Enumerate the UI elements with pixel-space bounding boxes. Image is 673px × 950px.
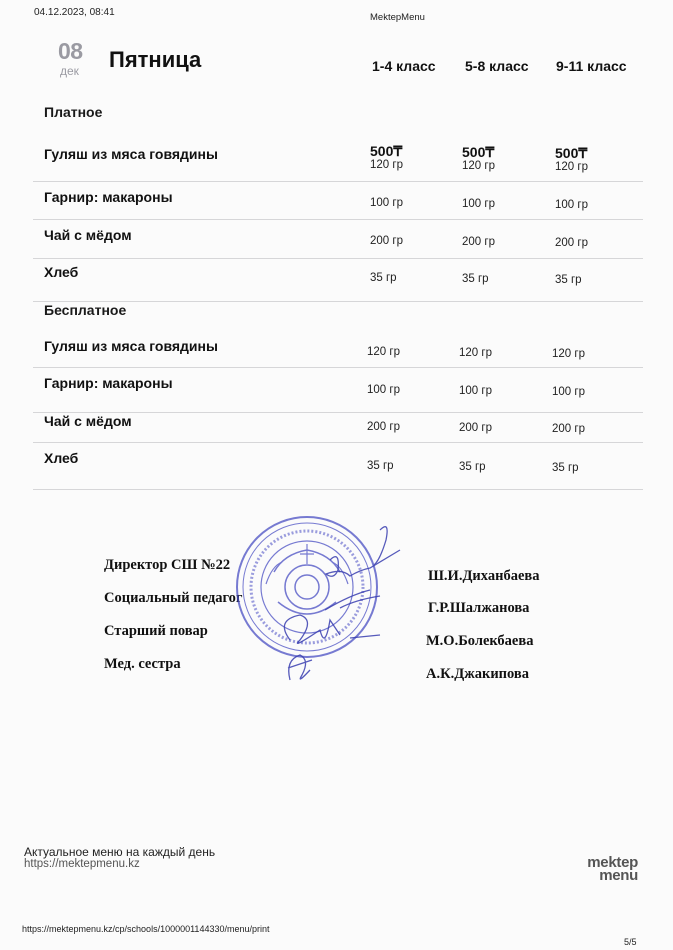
- section-title: Бесплатное: [44, 302, 126, 318]
- weight: 35 гр: [552, 462, 579, 474]
- day-month: дек: [60, 64, 79, 78]
- weight: 200 гр: [552, 423, 585, 435]
- weight: 120 гр: [367, 346, 400, 358]
- portion-cell: 120 гр: [459, 347, 492, 359]
- dish-name: Гарнир: макароны: [44, 189, 173, 205]
- portion-cell: 35 гр: [462, 273, 489, 285]
- portion-cell: 120 гр: [552, 348, 585, 360]
- portion-cell: 120 гр: [367, 346, 400, 358]
- signature-role: Директор СШ №22: [104, 557, 230, 574]
- weight: 100 гр: [462, 198, 495, 210]
- weight: 200 гр: [367, 421, 400, 433]
- portion-cell: 100 гр: [370, 197, 403, 209]
- signature-name: Ш.И.Диханбаева: [428, 568, 539, 585]
- signature-name: М.О.Болекбаева: [426, 633, 533, 650]
- print-page-url: https://mektepmenu.kz/cp/schools/1000001…: [22, 924, 270, 934]
- column-header-5-8: 5-8 класс: [465, 58, 529, 74]
- portion-cell: 200 гр: [370, 235, 403, 247]
- weight: 35 гр: [367, 460, 394, 472]
- portion-cell: 200 гр: [367, 421, 400, 433]
- row-divider: [33, 489, 643, 490]
- dish-name: Гуляш из мяса говядины: [44, 146, 218, 162]
- portion-cell: 100 гр: [552, 386, 585, 398]
- print-datetime: 04.12.2023, 08:41: [34, 7, 115, 18]
- portion-cell: 100 гр: [367, 384, 400, 396]
- weight: 120 гр: [462, 160, 495, 172]
- weight: 200 гр: [459, 422, 492, 434]
- portion-cell: 100 гр: [459, 385, 492, 397]
- weight: 120 гр: [552, 348, 585, 360]
- portion-cell: 500₸120 гр: [370, 144, 403, 171]
- portion-cell: 35 гр: [370, 272, 397, 284]
- dish-name: Чай с мёдом: [44, 413, 132, 429]
- weight: 35 гр: [370, 272, 397, 284]
- row-divider: [33, 367, 643, 368]
- portion-cell: 35 гр: [555, 274, 582, 286]
- price: 500₸: [555, 146, 588, 161]
- dish-name: Хлеб: [44, 264, 78, 280]
- weight: 200 гр: [555, 237, 588, 249]
- dish-name: Гуляш из мяса говядины: [44, 338, 218, 354]
- section-title: Платное: [44, 104, 102, 120]
- signature-name: А.К.Джакипова: [426, 666, 529, 683]
- weight: 120 гр: [555, 161, 588, 173]
- dish-name: Чай с мёдом: [44, 227, 132, 243]
- signature-role: Мед. сестра: [104, 656, 181, 673]
- price: 500₸: [370, 144, 403, 159]
- portion-cell: 200 гр: [555, 237, 588, 249]
- row-divider: [33, 219, 643, 220]
- row-divider: [33, 442, 643, 443]
- weight: 100 гр: [459, 385, 492, 397]
- dish-name: Гарнир: макароны: [44, 375, 173, 391]
- portion-cell: 500₸120 гр: [555, 146, 588, 173]
- signature-role: Старший повар: [104, 623, 208, 640]
- weight: 35 гр: [462, 273, 489, 285]
- portion-cell: 100 гр: [555, 199, 588, 211]
- portion-cell: 200 гр: [552, 423, 585, 435]
- portion-cell: 200 гр: [459, 422, 492, 434]
- row-divider: [33, 258, 643, 259]
- column-header-1-4: 1-4 класс: [372, 58, 436, 74]
- weight: 200 гр: [370, 235, 403, 247]
- weight: 100 гр: [555, 199, 588, 211]
- handwritten-signatures-icon: [230, 510, 410, 690]
- portion-cell: 200 гр: [462, 236, 495, 248]
- weight: 120 гр: [459, 347, 492, 359]
- footer-tagline: Актуальное меню на каждый день: [24, 845, 215, 859]
- weight: 200 гр: [462, 236, 495, 248]
- portion-cell: 100 гр: [462, 198, 495, 210]
- portion-cell: 35 гр: [367, 460, 394, 472]
- portion-cell: 35 гр: [459, 461, 486, 473]
- weight: 100 гр: [370, 197, 403, 209]
- weight: 120 гр: [370, 159, 403, 171]
- row-divider: [33, 181, 643, 182]
- dish-name: Хлеб: [44, 450, 78, 466]
- footer-site-link[interactable]: https://mektepmenu.kz: [24, 858, 140, 870]
- print-site-title: MektepMenu: [370, 12, 425, 23]
- weight: 35 гр: [555, 274, 582, 286]
- column-header-9-11: 9-11 класс: [556, 58, 627, 74]
- weight: 100 гр: [552, 386, 585, 398]
- portion-cell: 500₸120 гр: [462, 145, 495, 172]
- price: 500₸: [462, 145, 495, 160]
- portion-cell: 35 гр: [552, 462, 579, 474]
- signature-name: Г.Р.Шалжанова: [428, 600, 529, 617]
- signature-role: Социальный педагог: [104, 590, 243, 607]
- page-number: 5/5: [624, 937, 637, 947]
- weight: 35 гр: [459, 461, 486, 473]
- mektepmenu-logo: mektep menu: [578, 856, 638, 882]
- weekday-title: Пятница: [109, 47, 201, 73]
- weight: 100 гр: [367, 384, 400, 396]
- day-number: 08: [58, 38, 83, 65]
